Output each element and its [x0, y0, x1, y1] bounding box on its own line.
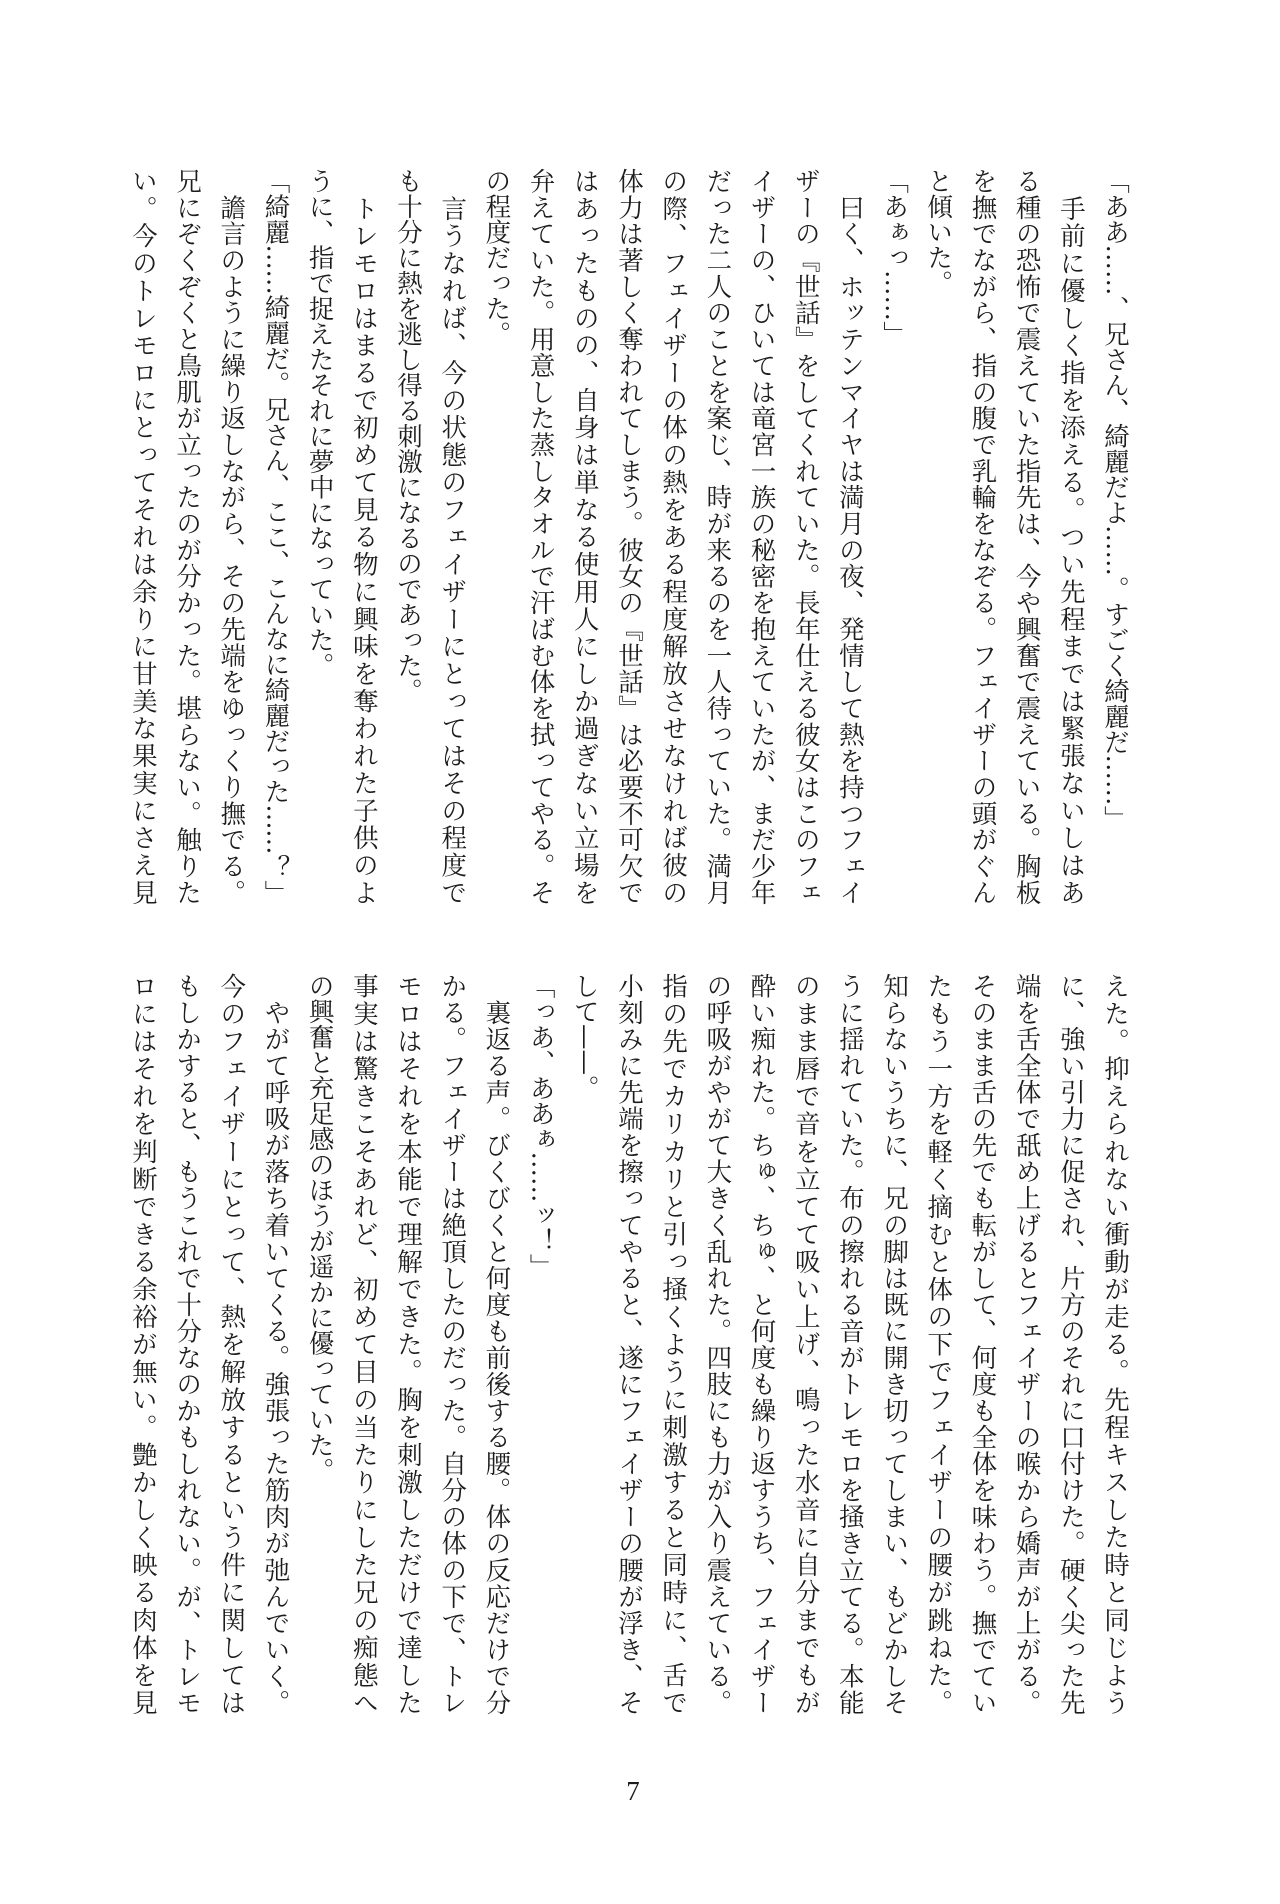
text-line: の程度だった。 — [474, 168, 518, 905]
text-line: えた。抑えられない衝動が走る。先程キスした時と同じよう — [1093, 973, 1137, 1715]
text-line: うに、指で捉えたそれに夢中になっていた。 — [297, 168, 341, 905]
text-line: ザーの『世話』をしてくれていた。長年仕える彼女はこのフェ — [784, 168, 828, 905]
text-line: モロはそれを本能で理解できた。胸を刺激しただけで達した — [386, 973, 430, 1715]
text-line: と傾いた。 — [916, 168, 960, 905]
text-line: 裏返る声。びくびくと何度も前後する腰。体の反応だけで分 — [474, 973, 518, 1715]
text-line: 事実は驚きこそあれど、初めて目の当たりにした兄の痴態へ — [342, 973, 386, 1715]
text-line: の際、フェイザーの体の熱をある程度解放させなければ彼の — [651, 168, 695, 905]
text-line: 「あぁっ……」 — [872, 168, 916, 905]
text-line: 手前に優しく指を添える。つい先程までは緊張ないしはあ — [1049, 168, 1093, 905]
text-line: はあったものの、自身は単なる使用人にしか過ぎない立場を — [563, 168, 607, 905]
text-line: 指の先でカリカリと引っ掻くように刺激すると同時に、舌で — [651, 973, 695, 1715]
text-line: やがて呼吸が落ち着いてくる。強張った筋肉が弛んでいく。 — [253, 973, 297, 1715]
text-line: 体力は著しく奪われてしまう。彼女の『世話』は必要不可欠で — [607, 168, 651, 905]
text-line: の呼吸がやがて大きく乱れた。四肢にも力が入り震えている。 — [695, 973, 739, 1715]
text-line: 小刻みに先端を擦ってやると、遂にフェイザーの腰が浮き、そ — [607, 973, 651, 1715]
text-line: かる。フェイザーは絶頂したのだった。自分の体の下で、トレ — [430, 973, 474, 1715]
text-line: 「っあ、ああぁ……ッ！」 — [518, 973, 562, 1715]
text-line: 今のフェイザーにとって、熱を解放するという件に関しては — [209, 973, 253, 1715]
text-line: ロにはそれを判断できる余裕が無い。艶かしく映る肉体を見 — [121, 973, 165, 1715]
text-line: のまま唇で音を立てて吸い上げ、鳴った水音に自分までもが — [784, 973, 828, 1715]
text-line: 端を舌全体で舐め上げるとフェイザーの喉から嬌声が上がる。 — [1004, 973, 1048, 1715]
page-number: 7 — [613, 1776, 653, 1806]
text-line: たもう一方を軽く摘むと体の下でフェイザーの腰が跳ねた。 — [916, 973, 960, 1715]
text-line: うに揺れていた。布の擦れる音がトレモロを掻き立てる。本能 — [828, 973, 872, 1715]
text-line: 知らないうちに、兄の脚は既に開き切ってしまい、もどかしそ — [872, 973, 916, 1715]
text-line: そのまま舌の先でも転がして、何度も全体を味わう。撫でてい — [960, 973, 1004, 1715]
text-line: い。今のトレモロにとってそれは余りに甘美な果実にさえ見 — [121, 168, 165, 905]
text-line: 曰く、ホッテンマイヤは満月の夜、発情して熱を持つフェイ — [828, 168, 872, 905]
text-line: を撫でながら、指の腹で乳輪をなぞる。フェイザーの頭がぐん — [960, 168, 1004, 905]
text-line: だった二人のことを案じ、時が来るのを一人待っていた。満月 — [695, 168, 739, 905]
text-line: 酔い痴れた。ちゅ、ちゅ、と何度も繰り返すうち、フェイザー — [739, 973, 783, 1715]
text-line: トレモロはまるで初めて見る物に興味を奪われた子供のよ — [342, 168, 386, 905]
upper-text-block: 「ああ……、兄さん、綺麗だよ……。すごく綺麗だ……」 手前に優しく指を添える。つ… — [121, 168, 1137, 905]
text-line: 兄にぞくぞくと鳥肌が立ったのが分かった。堪らない。触りた — [165, 168, 209, 905]
text-line: 譫言のように繰り返しながら、その先端をゆっくり撫でる。 — [209, 168, 253, 905]
text-line: に、強い引力に促され、片方のそれに口付けた。硬く尖った先 — [1049, 973, 1093, 1715]
text-line: 言うなれば、今の状態のフェイザーにとってはその程度で — [430, 168, 474, 905]
lower-text-block: えた。抑えられない衝動が走る。先程キスした時と同じよう に、強い引力に促され、片… — [121, 973, 1137, 1715]
text-line: 「ああ……、兄さん、綺麗だよ……。すごく綺麗だ……」 — [1093, 168, 1137, 905]
text-line: 弁えていた。用意した蒸しタオルで汗ばむ体を拭ってやる。そ — [518, 168, 562, 905]
text-line: の興奮と充足感のほうが遥かに優っていた。 — [297, 973, 341, 1715]
text-line: イザーの、ひいては竜宮一族の秘密を抱えていたが、まだ少年 — [739, 168, 783, 905]
text-line: して——。 — [563, 973, 607, 1715]
book-page: 「ああ……、兄さん、綺麗だよ……。すごく綺麗だ……」 手前に優しく指を添える。つ… — [0, 0, 1280, 1904]
text-line: る種の恐怖で震えていた指先は、今や興奮で震えている。胸板 — [1004, 168, 1048, 905]
text-line: もしかすると、もうこれで十分なのかもしれない。が、トレモ — [165, 973, 209, 1715]
text-line: 「綺麗……綺麗だ。兄さん、ここ、こんなに綺麗だった……？」 — [253, 168, 297, 905]
text-line: も十分に熱を逃し得る刺激になるのであった。 — [386, 168, 430, 905]
